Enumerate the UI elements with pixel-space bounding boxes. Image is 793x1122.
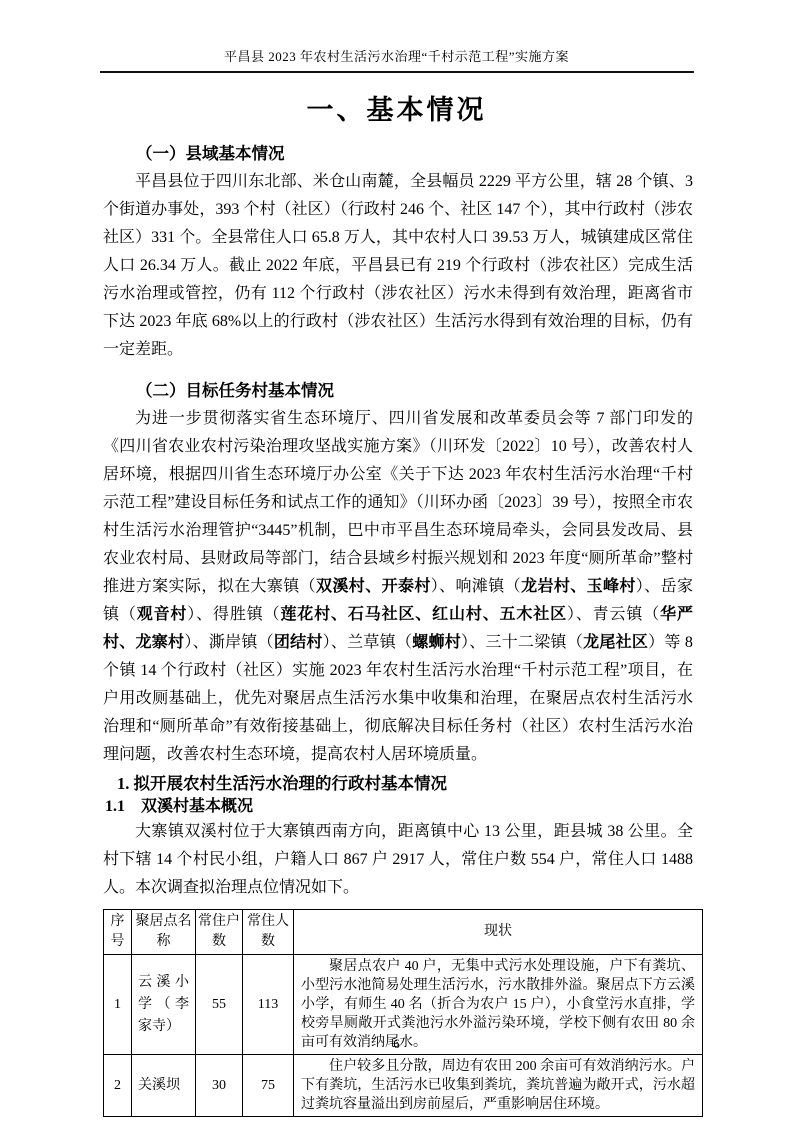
section1-heading: （一）县域基本情况	[103, 140, 693, 168]
text-segment: ）等 8 个镇 14 个行政村（社区）实施 2023 年农村生活污水治理“千村示…	[103, 634, 693, 763]
subsection-heading-title: 1.1 双溪村基本概况	[105, 795, 693, 818]
text-segment: ）、青云镇（	[567, 606, 660, 623]
village-name-bold: 观音村	[137, 606, 188, 623]
settlement-status-table: 序号聚居点名称常住户数常住人数现状 1云溪小学（李家寺）55113聚居点农户 4…	[103, 909, 703, 1117]
table-header-row: 序号聚居点名称常住户数常住人数现状	[104, 910, 703, 955]
table-cell-status: 住户较多且分散，周边有农田 200 余亩可有效消纳污水。户下有粪坑，生活污水已收…	[294, 1055, 703, 1117]
main-title: 一、基本情况	[0, 88, 793, 127]
header-title: 平昌县 2023 年农村生活污水治理“千村示范工程”实施方案	[0, 0, 793, 65]
table-header-cell-0: 序号	[104, 910, 132, 955]
text-segment: ）、澌岸镇（	[184, 634, 274, 651]
table-header-cell-2: 常住户数	[196, 910, 243, 955]
section1-paragraph: 平昌县位于四川东北部、米仓山南麓，全县幅员 2229 平方公里，辖 28 个镇、…	[103, 168, 693, 364]
village-name-bold: 龙尾社区	[583, 634, 648, 651]
village-name-bold: 莲花村、石马社区、红山村、五木社区	[280, 606, 567, 623]
page-header: 平昌县 2023 年农村生活污水治理“千村示范工程”实施方案	[0, 0, 793, 73]
text-segment: ）、三十二梁镇（	[461, 634, 583, 651]
section2-paragraph: 为进一步贯彻落实省生态环境厅、四川省发展和改革委员会等 7 部门印发的《四川省农…	[103, 405, 693, 769]
text-segment: ）、响滩镇（	[431, 578, 521, 595]
table-header-cell-3: 常住人数	[243, 910, 294, 955]
table-cell-no: 2	[104, 1055, 132, 1117]
header-rule	[100, 71, 694, 73]
text-segment: 为进一步贯彻落实省生态环境厅、四川省发展和改革委员会等 7 部门印发的《四川省农…	[103, 410, 693, 595]
text-segment: ）、得胜镇（	[187, 606, 280, 623]
document-page: 平昌县 2023 年农村生活污水治理“千村示范工程”实施方案 一、基本情况 （一…	[0, 0, 793, 1122]
village-name-bold: 双溪村、开泰村	[316, 578, 431, 595]
table-header-cell-1: 聚居点名称	[132, 910, 196, 955]
text-segment: ）、兰草镇（	[323, 634, 413, 651]
subsection-heading-number: 1. 拟开展农村生活污水治理的行政村基本情况	[117, 772, 693, 795]
page-footer: 6	[0, 1036, 793, 1052]
village-name-bold: 螺蛳村	[412, 634, 461, 651]
page-number: 6	[393, 1036, 400, 1051]
table-cell-population: 75	[243, 1055, 294, 1117]
table-cell-name: 关溪坝	[132, 1055, 196, 1117]
table-header: 序号聚居点名称常住户数常住人数现状	[104, 910, 703, 955]
table-cell-households: 30	[196, 1055, 243, 1117]
table-header-cell-4: 现状	[294, 910, 703, 955]
document-body: （一）县域基本情况 平昌县位于四川东北部、米仓山南麓，全县幅员 2229 平方公…	[0, 140, 793, 1117]
village-name-bold: 龙岩村、玉峰村	[521, 578, 636, 595]
subsection-paragraph: 大寨镇双溪村位于大寨镇西南方向，距离镇中心 13 公里，距县城 38 公里。全村…	[103, 818, 693, 902]
section2-heading: （二）目标任务村基本情况	[103, 377, 693, 405]
table-row: 2关溪坝3075住户较多且分散，周边有农田 200 余亩可有效消纳污水。户下有粪…	[104, 1055, 703, 1117]
village-name-bold: 团结村	[274, 634, 323, 651]
